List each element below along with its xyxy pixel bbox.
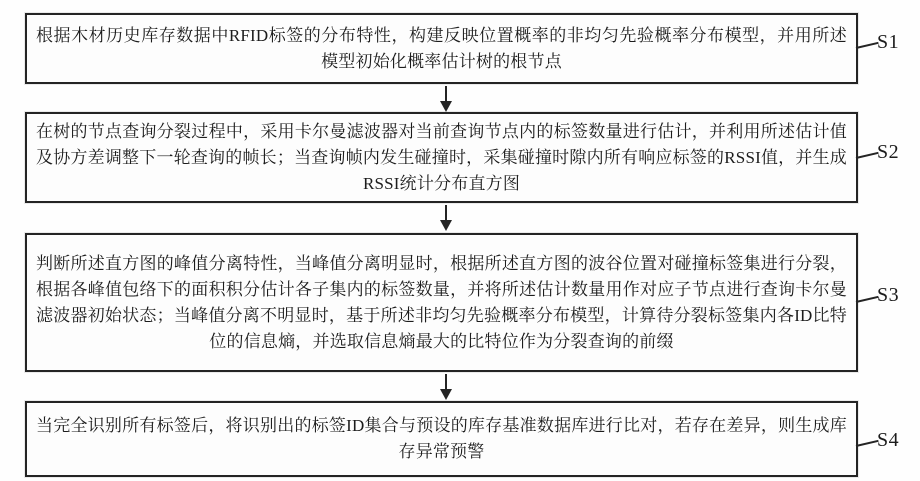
flowchart-canvas: 根据木材历史库存数据中RFID标签的分布特性，构建反映位置概率的非均匀先验概率分… bbox=[0, 0, 920, 481]
step-box-s1: 根据木材历史库存数据中RFID标签的分布特性，构建反映位置概率的非均匀先验概率分… bbox=[25, 13, 858, 84]
step-label-s2: S2 bbox=[877, 141, 899, 163]
step-label-s1: S1 bbox=[877, 31, 899, 53]
step-box-s3: 判断所述直方图的峰值分离特性，当峰值分离明显时，根据所述直方图的波谷位置对碰撞标… bbox=[25, 233, 858, 372]
step-text-s2: 在树的节点查询分裂过程中，采用卡尔曼滤波器对当前查询节点内的标签数量进行估计，并… bbox=[27, 119, 856, 197]
leader-line-s1 bbox=[856, 42, 879, 49]
leader-line-s2 bbox=[856, 152, 879, 159]
arrow-head bbox=[440, 389, 452, 400]
step-text-s3: 判断所述直方图的峰值分离特性，当峰值分离明显时，根据所述直方图的波谷位置对碰撞标… bbox=[27, 251, 856, 355]
step-label-s3: S3 bbox=[877, 284, 899, 306]
step-text-s1: 根据木材历史库存数据中RFID标签的分布特性，构建反映位置概率的非均匀先验概率分… bbox=[27, 23, 856, 75]
step-box-s2: 在树的节点查询分裂过程中，采用卡尔曼滤波器对当前查询节点内的标签数量进行估计，并… bbox=[25, 112, 858, 203]
leader-line-s4 bbox=[856, 440, 879, 447]
step-label-s4: S4 bbox=[877, 429, 899, 451]
arrow-head bbox=[440, 101, 452, 112]
arrow-head bbox=[440, 220, 452, 231]
step-box-s4: 当完全识别所有标签后，将识别出的标签ID集合与预设的库存基准数据库进行比对，若存… bbox=[25, 401, 858, 477]
leader-line-s3 bbox=[856, 296, 879, 303]
step-text-s4: 当完全识别所有标签后，将识别出的标签ID集合与预设的库存基准数据库进行比对，若存… bbox=[27, 413, 856, 465]
